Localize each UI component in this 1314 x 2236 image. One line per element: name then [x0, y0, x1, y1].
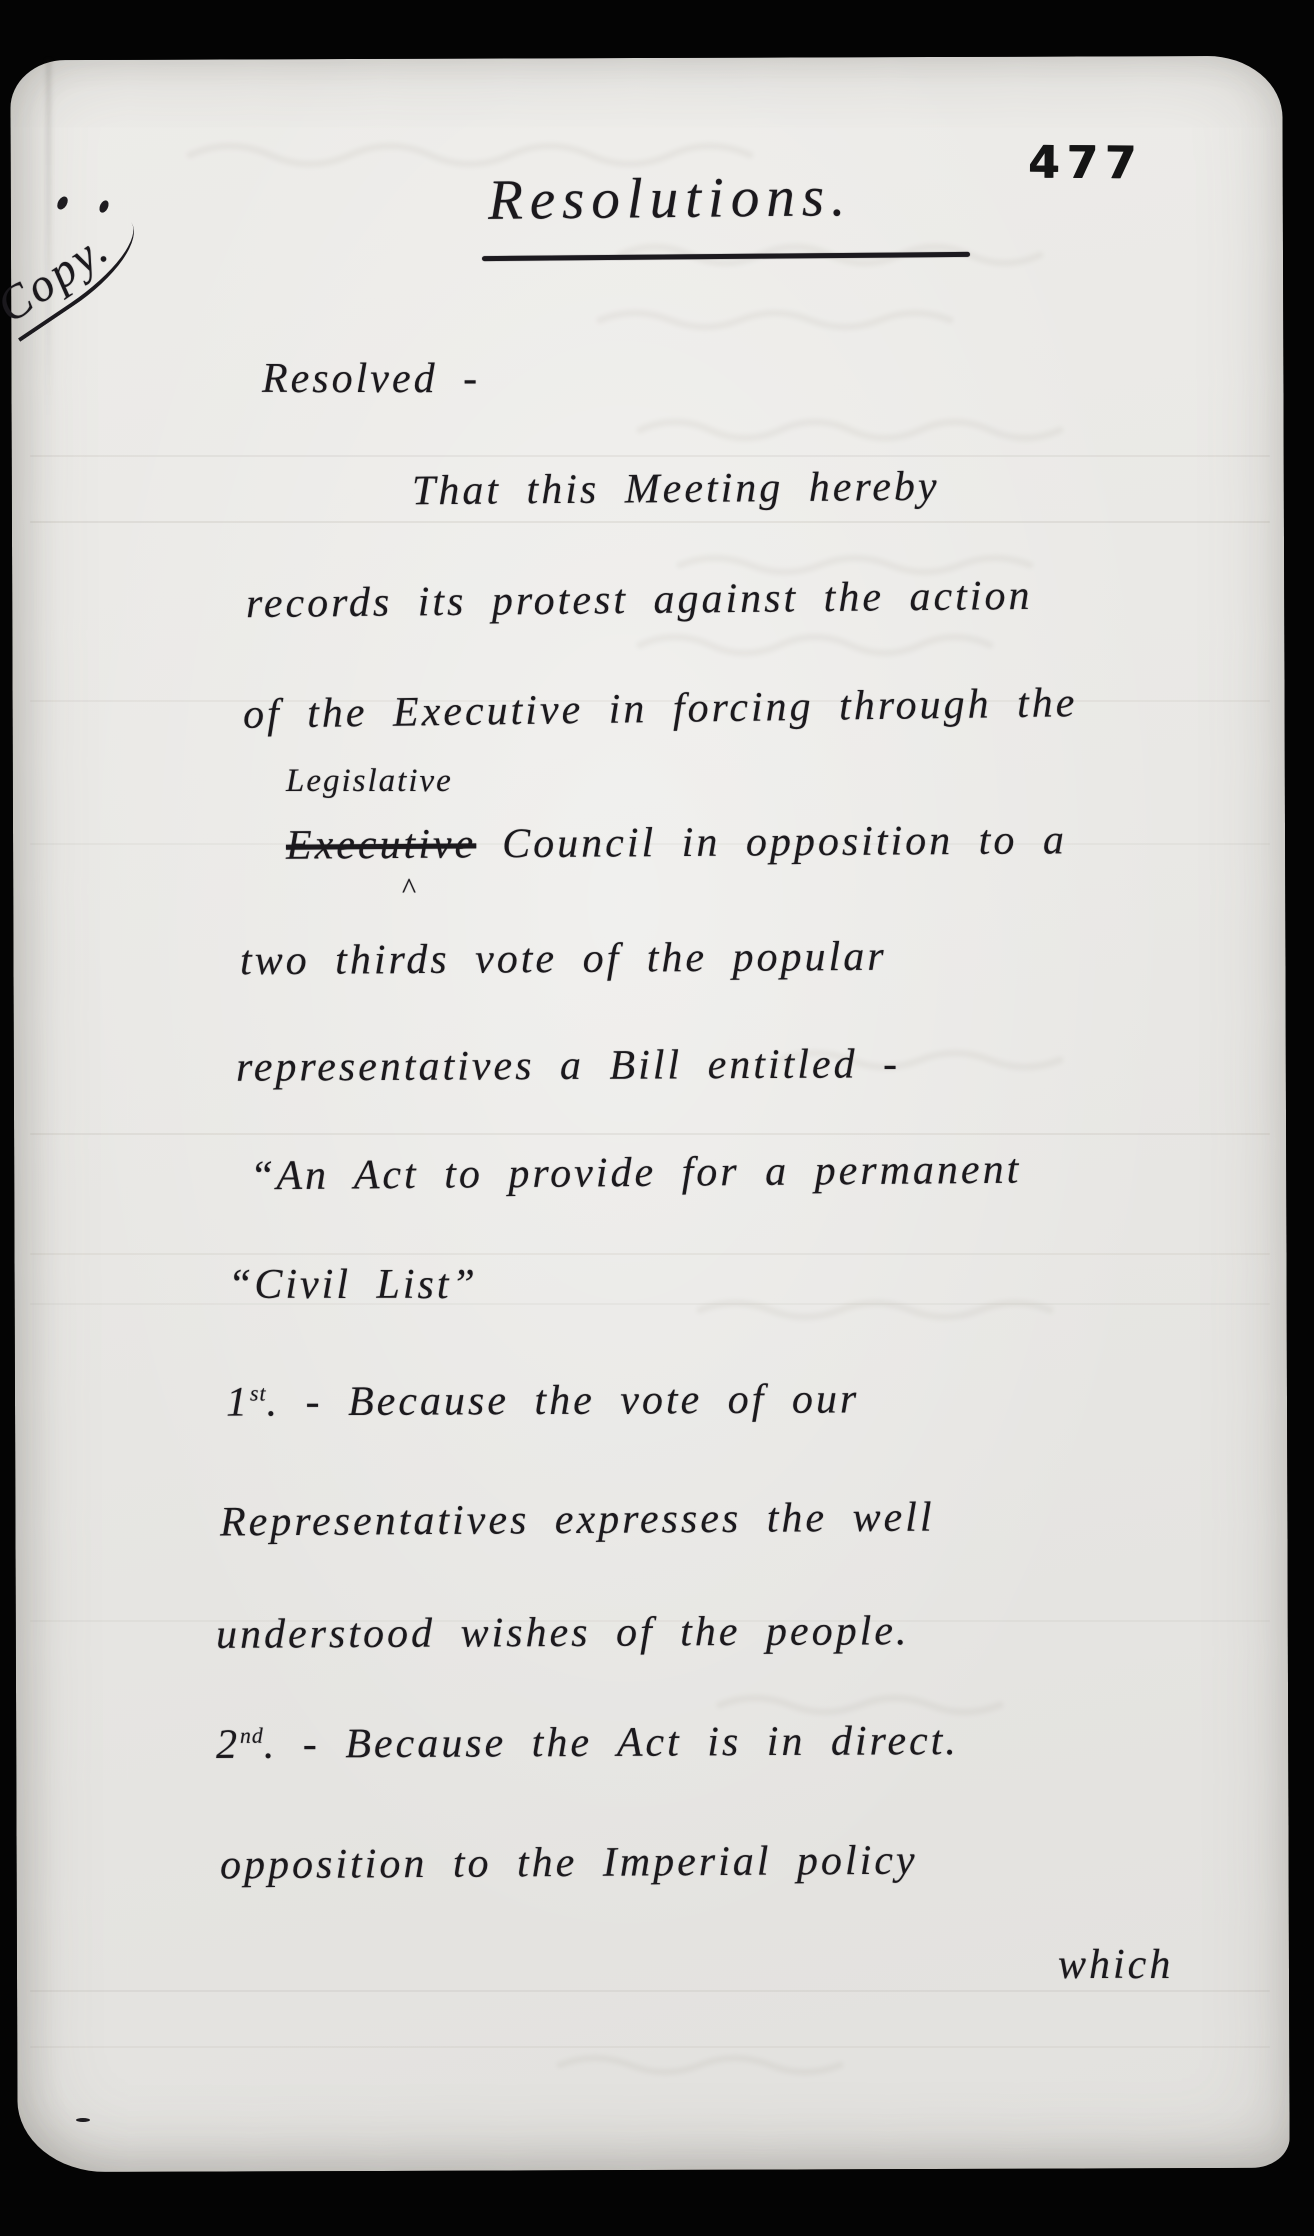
document-title: Resolutions.: [488, 166, 853, 232]
line-civil-list: “Civil List”: [228, 1262, 478, 1308]
line-records-protest: records its protest against the action: [246, 573, 1033, 627]
line-council-opposition: ExecutiveCouncil in opposition to a: [286, 817, 1067, 869]
catchword-which: which: [1058, 1942, 1173, 1988]
line-resolved: Resolved -: [262, 356, 480, 402]
line-that-this-meeting: That this Meeting hereby: [412, 464, 940, 515]
clause1-number: 1: [226, 1380, 250, 1426]
bleedthrough-ghost-marks: [0, 0, 1314, 2236]
line-an-act: “An Act to provide for a permanent: [250, 1147, 1022, 1200]
line-understood-wishes: understood wishes of the people.: [216, 1608, 910, 1658]
ink-mark: [76, 2118, 90, 2122]
line-council-rest: Council in opposition to a: [502, 817, 1067, 867]
line-opposition-imperial: opposition to the Imperial policy: [220, 1838, 918, 1889]
line-clause-2: 2nd. - Because the Act is in direct.: [216, 1718, 959, 1768]
insertion-word-legislative: Legislative: [286, 763, 453, 799]
line-clause-1: 1st. - Because the vote of our: [226, 1376, 859, 1426]
line-two-thirds: two thirds vote of the popular: [240, 934, 887, 985]
clause1-text: . - Because the vote of our: [266, 1376, 859, 1425]
line-representatives-expresses: Representatives expresses the well: [220, 1495, 935, 1546]
page-number-stamp: 477: [1028, 136, 1143, 190]
caret-mark: ^: [402, 872, 419, 905]
clause2-text: . - Because the Act is in direct.: [264, 1718, 959, 1768]
clause1-ordinal: st: [250, 1381, 267, 1405]
line-representatives-bill: representatives a Bill entitled -: [236, 1041, 900, 1091]
clause2-ordinal: nd: [240, 1724, 264, 1748]
struck-word-executive: Executive: [286, 821, 477, 868]
scanned-manuscript: 477 Copy. Resolutions. Resolved - That t…: [0, 0, 1314, 2236]
clause2-number: 2: [216, 1722, 240, 1768]
